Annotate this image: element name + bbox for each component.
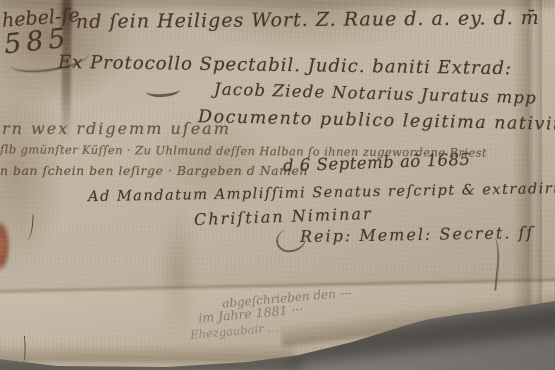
- manuscript-photo: hebel-ſe nd ſein Heiliges Wort. Z. Raue …: [0, 0, 555, 370]
- manuscript-line-fragment: rn wex rdigemm uſeam: [2, 119, 231, 138]
- manuscript-line-german-2: n ban ſchein ben leſirge · Bargeben d Na…: [0, 163, 308, 178]
- manuscript-line-header-right: nd ſein Heiliges Wort. Z. Raue d. a. ey.…: [76, 7, 540, 33]
